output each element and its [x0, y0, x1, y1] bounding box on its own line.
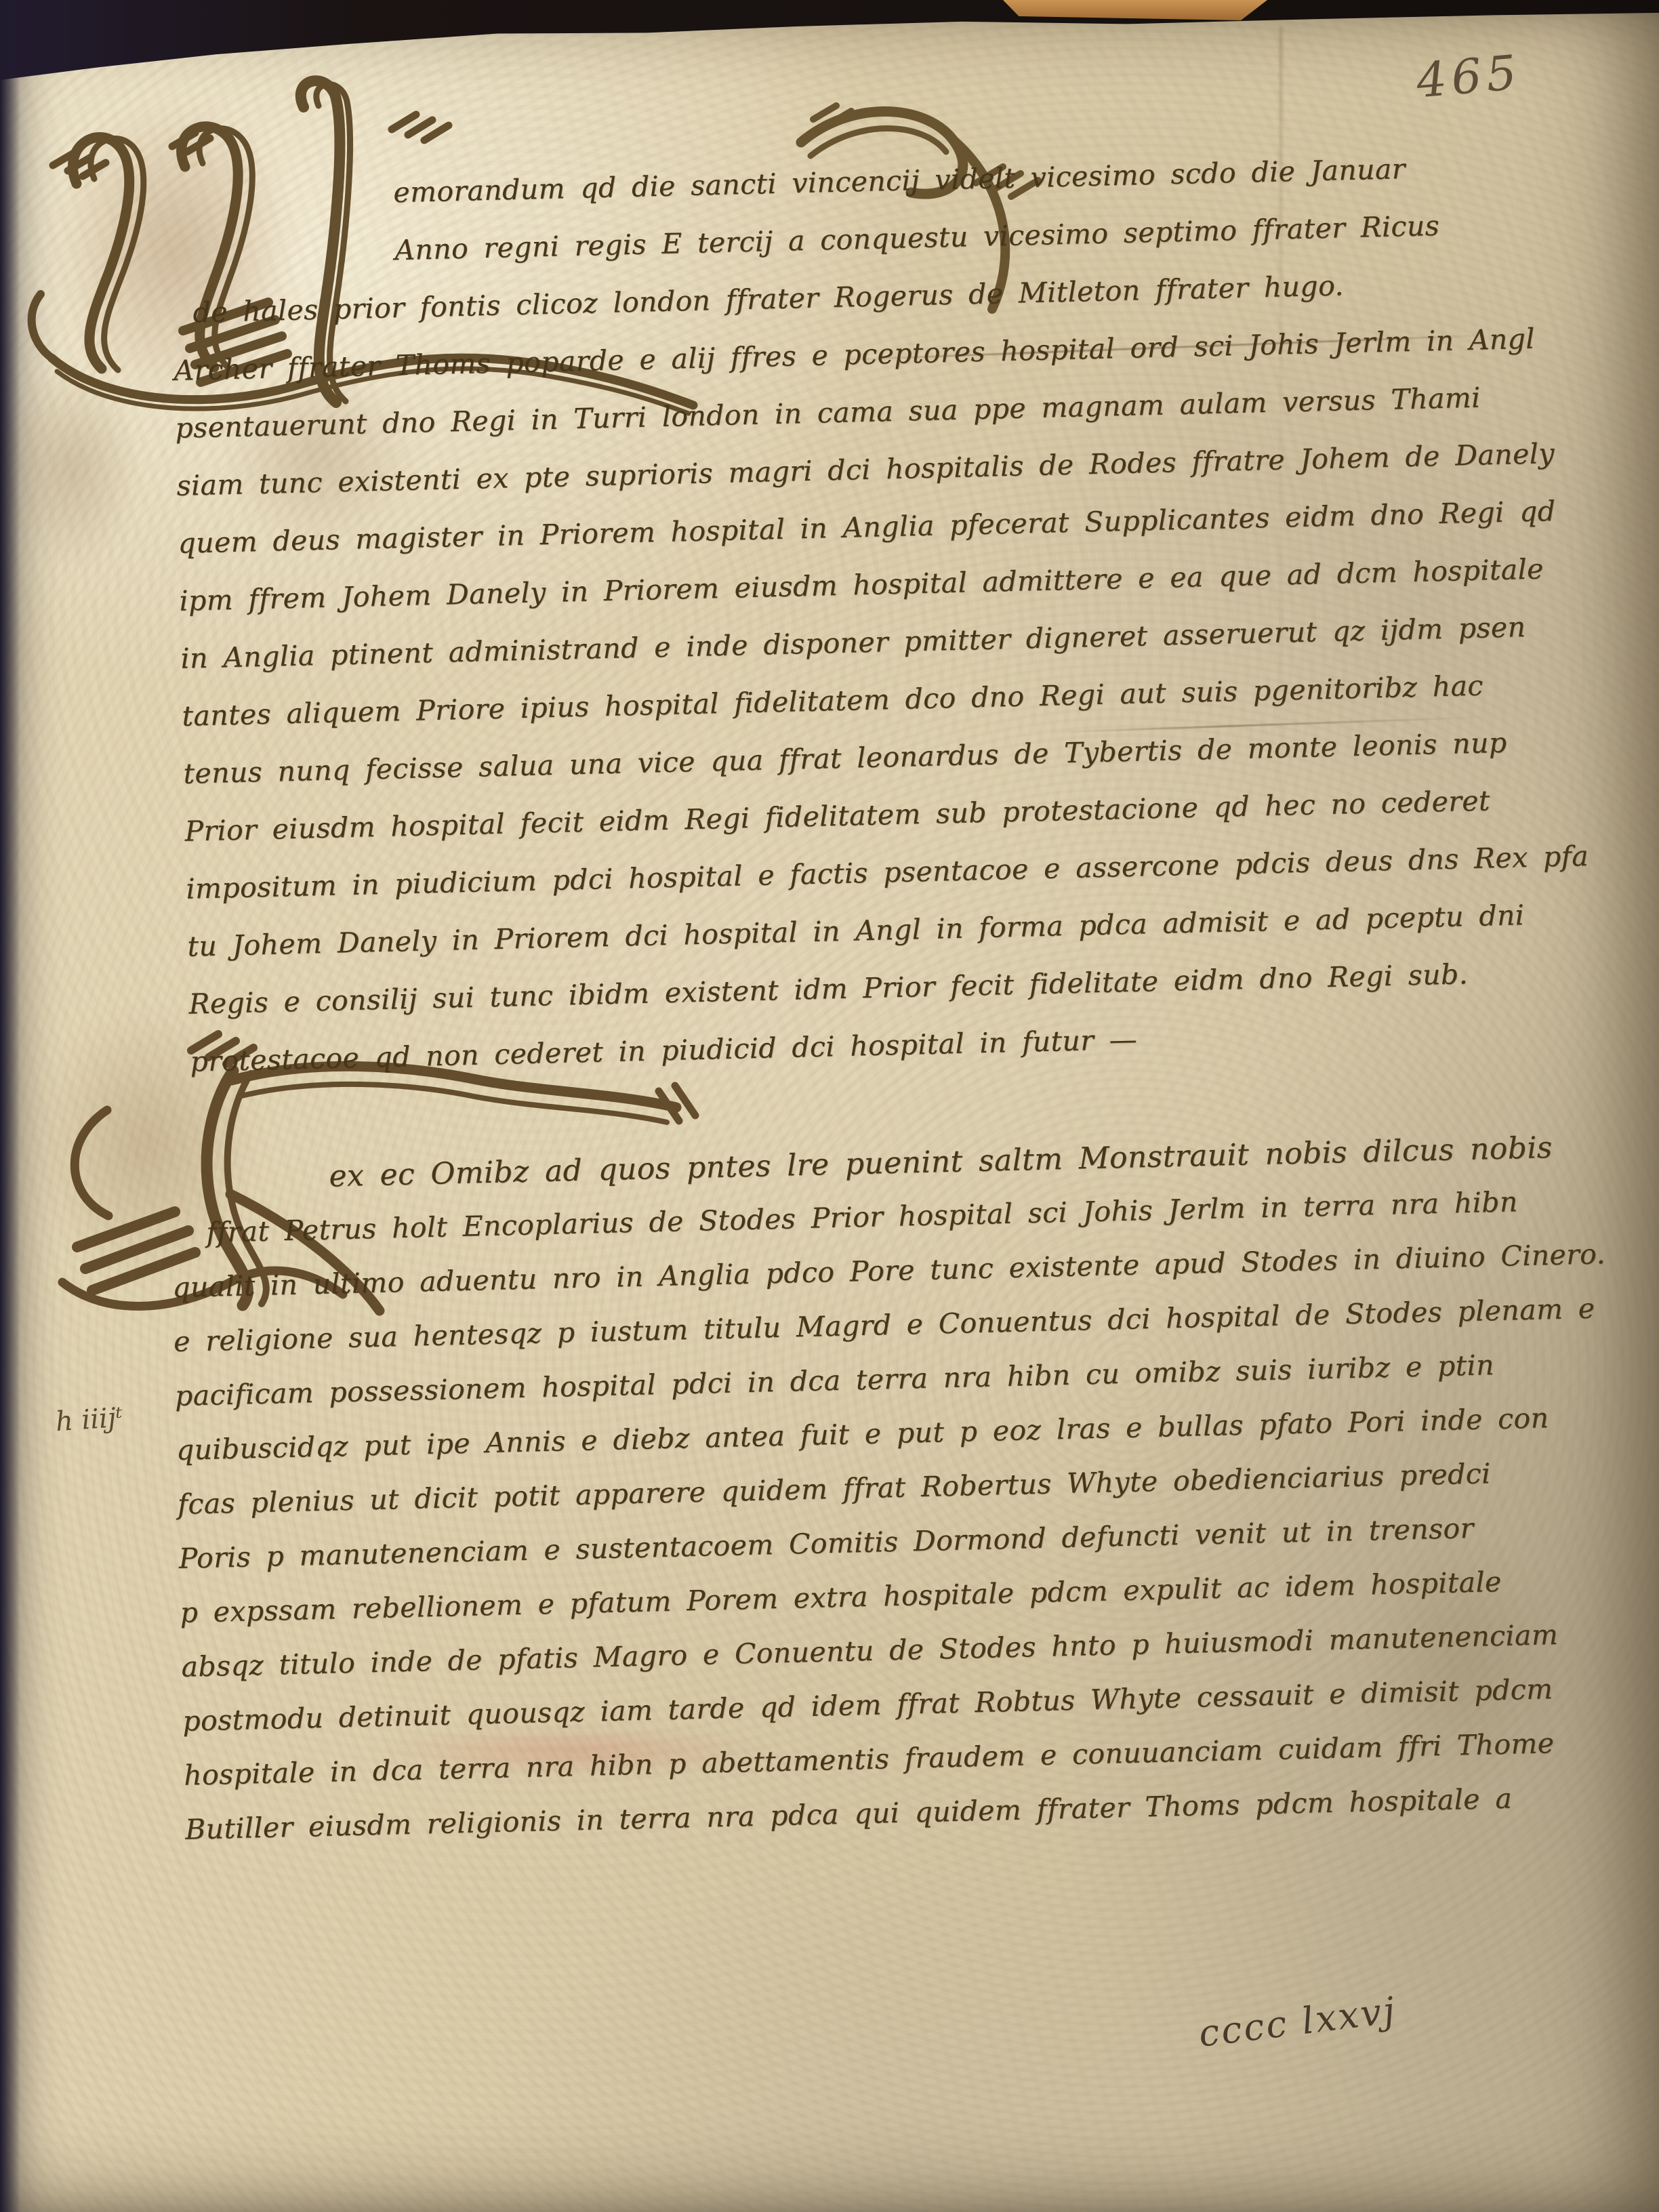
- paragraph-rex: ex ec Omibz ad quos pntes lre puenint sa…: [169, 1129, 1619, 1868]
- paragraph-memorandum: emorandum qd die sancti vincencij videlt…: [169, 148, 1593, 1103]
- binding-gutter-left: [0, 0, 20, 2212]
- folio-number: 465: [1414, 44, 1523, 108]
- manuscript-photo: 465 emorandum qd die sancti vincencij vi…: [0, 0, 1659, 2212]
- parchment-page: 465 emorandum qd die sancti vincencij vi…: [0, 0, 1659, 2212]
- margin-note: h iiijᵗ: [55, 1402, 124, 1438]
